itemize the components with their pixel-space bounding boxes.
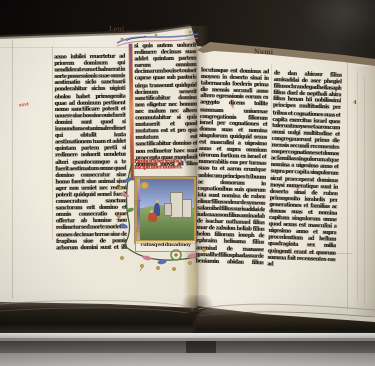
photo-vignette (0, 0, 375, 366)
manuscript-photo: Leui Numi anno iubilei reuertetur ad pri… (0, 0, 375, 366)
